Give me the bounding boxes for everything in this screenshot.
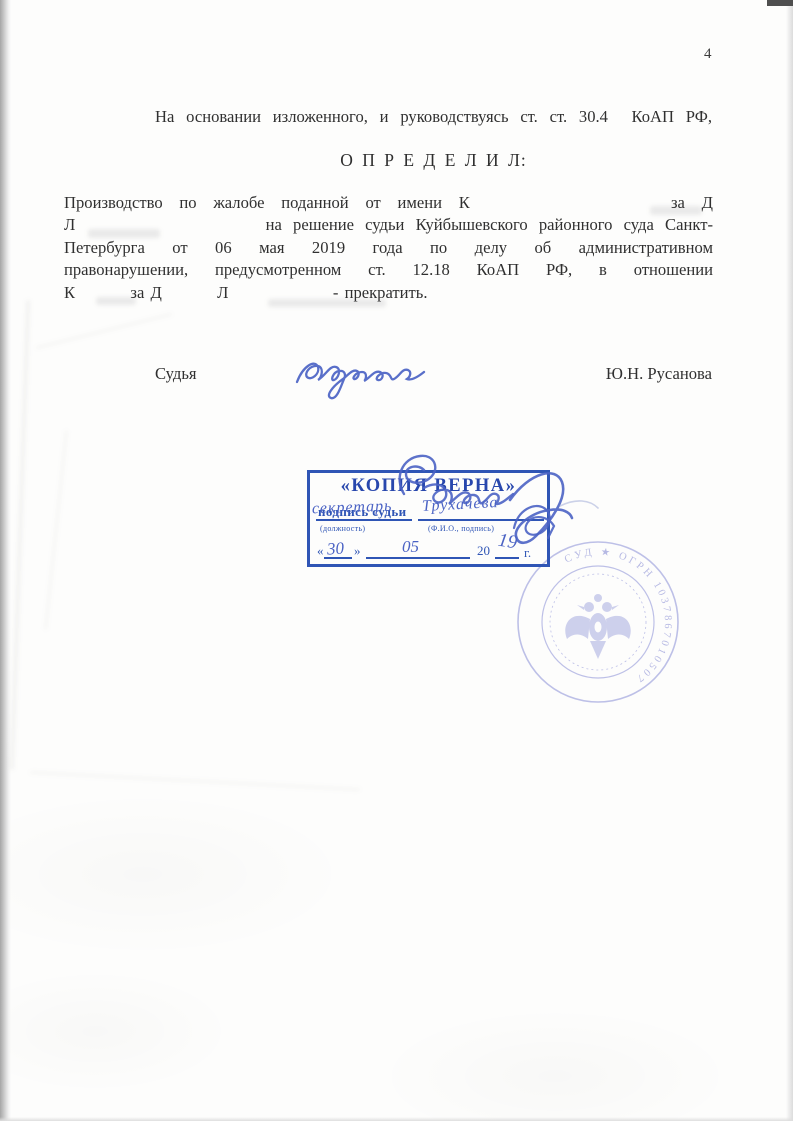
redaction-smudge bbox=[96, 297, 136, 305]
paragraph-line: К за Д Л - прекратить. bbox=[64, 282, 713, 304]
scan-edge-left bbox=[0, 0, 11, 1121]
double-eagle-emblem bbox=[565, 594, 630, 659]
scan-edge-bottom bbox=[0, 1117, 793, 1121]
printed-year-suffix: г. bbox=[524, 545, 531, 561]
paper-crease bbox=[36, 313, 172, 349]
copy-verified-stamp: «КОПИЯ ВЕРНА» подпись судьи (должность) … bbox=[307, 470, 550, 567]
signature-row: Судья Ю.Н. Русанова bbox=[155, 364, 712, 384]
handwritten-name: Трухачева bbox=[422, 494, 499, 516]
resolution-paragraph: Производство по жалобе поданной от имени… bbox=[64, 192, 713, 304]
paragraph-line: правонарушении, предусмотренном ст. 12.1… bbox=[64, 259, 713, 281]
scanned-court-document-page: 4 На основании изложенного, и руководств… bbox=[0, 0, 793, 1121]
position-label: (должность) bbox=[320, 524, 365, 533]
name-label: (Ф.И.О., подпись) bbox=[428, 524, 494, 533]
redaction-smudge bbox=[650, 206, 702, 215]
printed-year-prefix: 20 bbox=[477, 543, 490, 559]
paragraph-line: Производство по жалобе поданной от имени… bbox=[64, 192, 713, 214]
redaction-smudge bbox=[268, 299, 386, 307]
paper-crease bbox=[10, 300, 30, 770]
handwritten-position: секретарь bbox=[312, 498, 393, 519]
page-number: 4 bbox=[704, 46, 712, 63]
handwritten-day: 30 bbox=[326, 538, 344, 559]
quote-open: « bbox=[317, 543, 324, 559]
paragraph-line: Петербурга от 06 мая 2019 года по делу о… bbox=[64, 237, 713, 259]
scan-corner-artifact bbox=[767, 0, 793, 6]
year-blank-line bbox=[495, 557, 519, 559]
resolution-heading: О П Р Е Д Е Л И Л: bbox=[155, 150, 712, 171]
handwritten-month: 05 bbox=[402, 537, 419, 557]
position-blank-line bbox=[316, 519, 412, 521]
month-blank-line bbox=[366, 557, 470, 559]
intro-line: На основании изложенного, и руководствуя… bbox=[155, 106, 712, 128]
stamp-date-row: « 30 » 05 20 19 г. bbox=[310, 537, 547, 563]
paragraph-line: Л на решение судьи Куйбышевского районно… bbox=[64, 214, 713, 236]
redaction-smudge bbox=[88, 229, 160, 238]
signer-name: Ю.Н. Русанова bbox=[606, 364, 712, 384]
name-blank-line bbox=[418, 519, 544, 521]
paper-crease bbox=[45, 430, 68, 629]
quote-close: » bbox=[354, 543, 361, 559]
paper-crease bbox=[30, 771, 360, 790]
handwritten-year: 19 bbox=[496, 530, 518, 555]
stamp-title: «КОПИЯ ВЕРНА» bbox=[310, 476, 547, 497]
signer-role: Судья bbox=[155, 364, 197, 384]
scan-edge-right bbox=[786, 0, 793, 1121]
